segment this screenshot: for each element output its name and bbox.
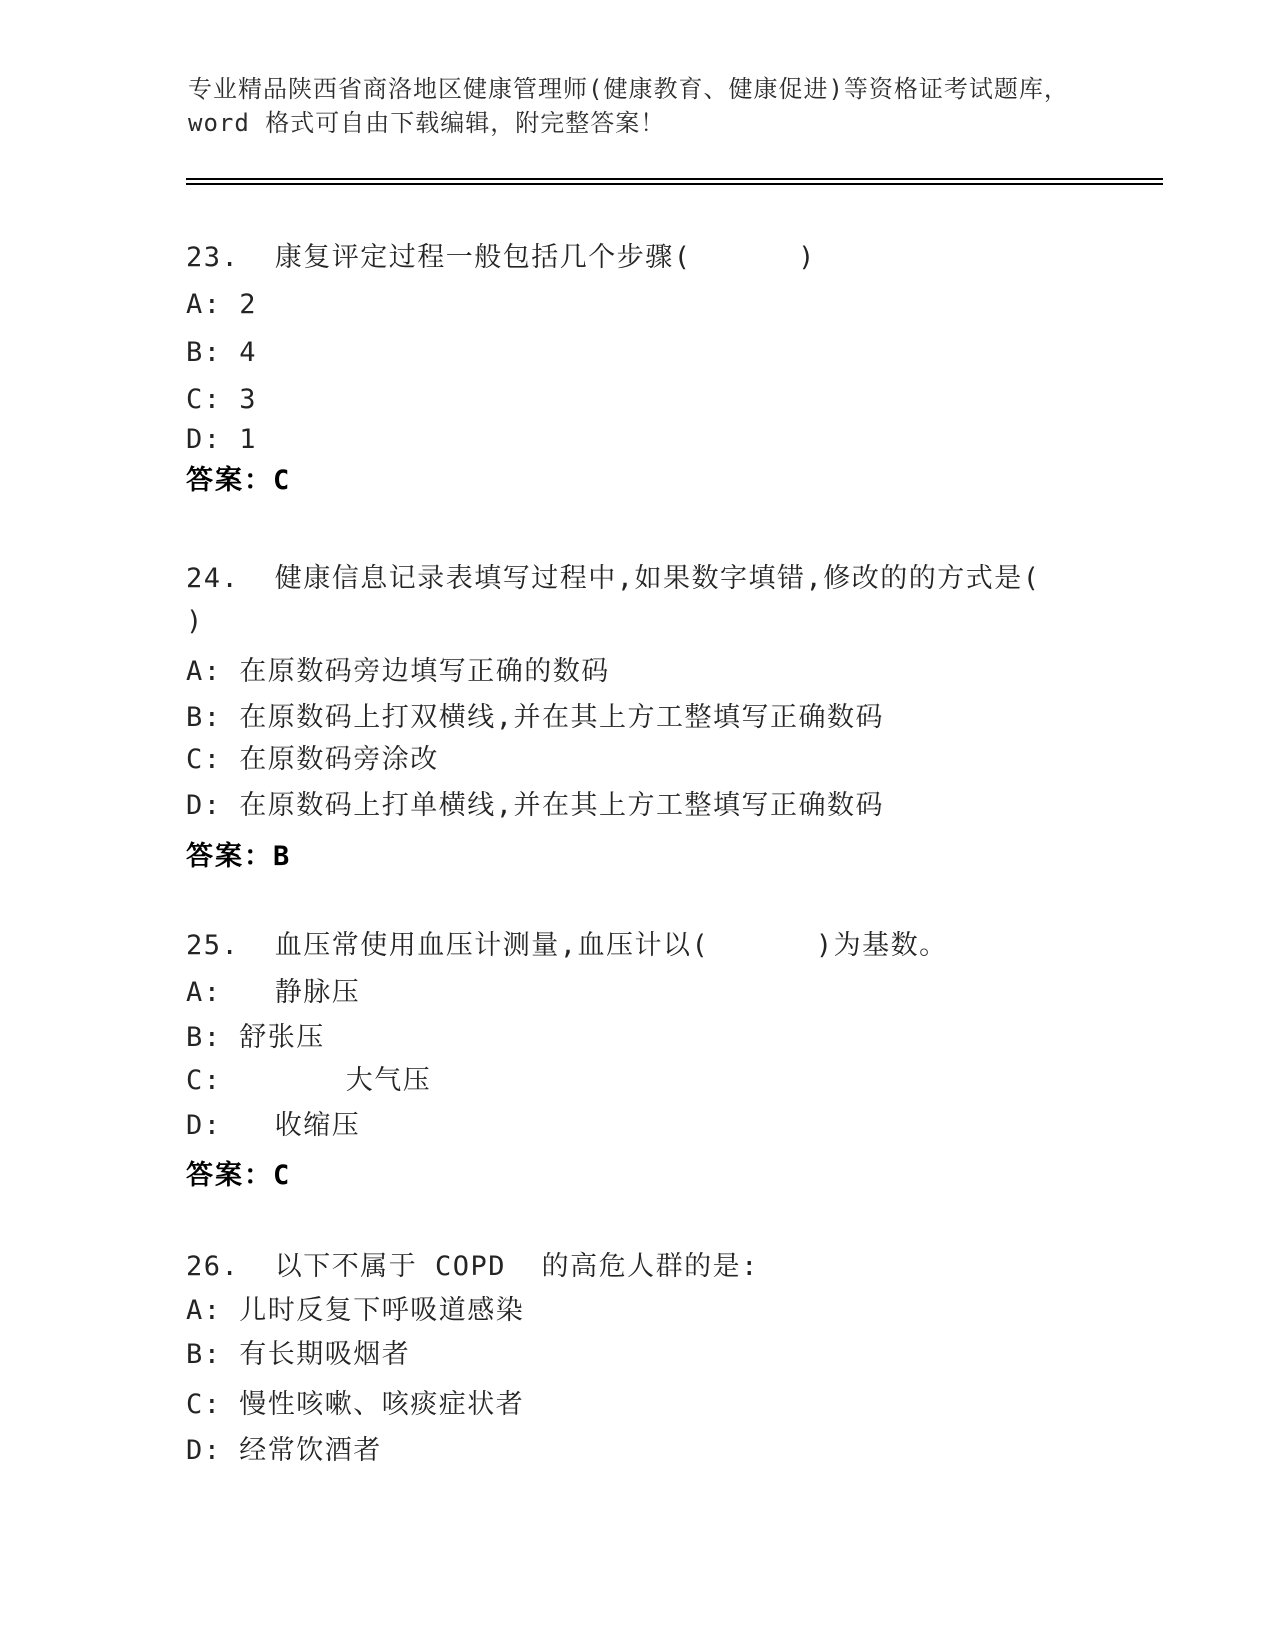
question-23-option-d: D: 1 (186, 423, 1186, 457)
question-23-option-b: B: 4 (186, 336, 1186, 370)
header-line-1: 专业精品陕西省商洛地区健康管理师(健康教育、健康促进)等资格证考试题库， (188, 73, 1163, 105)
question-24-answer: 答案：B (186, 840, 1186, 874)
question-23-option-c: C: 3 (186, 383, 1186, 417)
question-24-option-c: C: 在原数码旁涂改 (186, 743, 1186, 777)
question-26-text: 26. 以下不属于 COPD 的高危人群的是: (186, 1250, 1186, 1284)
header-line-2: word 格式可自由下载编辑，附完整答案！ (188, 107, 1163, 139)
question-24-text-cont: ) (186, 605, 1186, 639)
question-26-option-b: B: 有长期吸烟者 (186, 1338, 1186, 1372)
question-24-option-b: B: 在原数码上打双横线,并在其上方工整填写正确数码 (186, 701, 1186, 735)
question-25-answer: 答案：C (186, 1159, 1186, 1193)
question-25-option-d: D: 收缩压 (186, 1109, 1186, 1143)
question-25-option-a: A: 静脉压 (186, 976, 1186, 1010)
question-24-option-a: A: 在原数码旁边填写正确的数码 (186, 655, 1186, 689)
header-divider (186, 178, 1163, 185)
exam-page: 专业精品陕西省商洛地区健康管理师(健康教育、健康促进)等资格证考试题库， wor… (0, 0, 1275, 1650)
question-25-option-b: B: 舒张压 (186, 1021, 1186, 1055)
question-25-text: 25. 血压常使用血压计测量,血压计以( )为基数。 (186, 929, 1186, 963)
question-23-option-a: A: 2 (186, 288, 1186, 322)
question-24-text: 24. 健康信息记录表填写过程中,如果数字填错,修改的的方式是( (186, 562, 1186, 596)
question-24-option-d: D: 在原数码上打单横线,并在其上方工整填写正确数码 (186, 789, 1186, 823)
question-26-option-d: D: 经常饮酒者 (186, 1434, 1186, 1468)
question-26-option-a: A: 儿时反复下呼吸道感染 (186, 1294, 1186, 1328)
question-25-option-c: C: 大气压 (186, 1064, 1186, 1098)
question-23-answer: 答案：C (186, 464, 1186, 498)
question-23-text: 23. 康复评定过程一般包括几个步骤( ) (186, 241, 1186, 275)
question-26-option-c: C: 慢性咳嗽、咳痰症状者 (186, 1388, 1186, 1422)
